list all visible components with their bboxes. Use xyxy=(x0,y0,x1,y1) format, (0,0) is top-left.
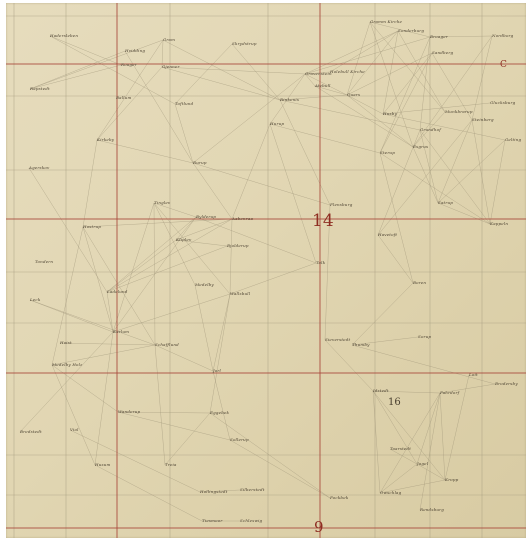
place-label: Hollingstedt xyxy=(200,489,227,494)
place-label: Loit xyxy=(469,372,478,377)
place-label: Ladelund xyxy=(107,289,128,294)
sheet-number-center: 14 xyxy=(312,211,334,231)
place-label: Gramm Kirche xyxy=(370,19,402,24)
place-label: Owschlag xyxy=(380,490,401,495)
place-label: Satrup xyxy=(438,200,453,205)
place-label: Bjolderup xyxy=(227,243,249,248)
place-label: Sonderburg xyxy=(398,28,424,33)
place-label: Tinglev xyxy=(154,200,170,205)
place-label: Rurup xyxy=(193,160,207,165)
place-label: Schafflund xyxy=(155,342,179,347)
place-label: Schleswig xyxy=(240,518,262,523)
place-label: Kappeln xyxy=(490,221,508,226)
place-label: Gelting xyxy=(505,137,521,142)
place-label: Gjenner xyxy=(162,64,180,69)
place-label: Silberstedt xyxy=(240,487,265,492)
place-label: Rapstedt xyxy=(30,86,50,91)
place-label: Wallsbull xyxy=(230,291,250,296)
place-label: Karlum xyxy=(113,329,129,334)
place-label: Hoist xyxy=(60,340,72,345)
place-label: Bredstedt xyxy=(20,429,42,434)
sheet-number-bottom: 9 xyxy=(314,518,324,536)
place-label: Medelby xyxy=(195,282,214,287)
place-label: Sterup xyxy=(380,150,395,155)
place-label: Bylderup xyxy=(196,214,216,219)
place-label: Nordborg xyxy=(492,33,513,38)
place-label: Esgrus xyxy=(413,144,428,149)
place-label: Atzbull xyxy=(315,83,331,88)
place-label: Havetoft xyxy=(378,232,397,237)
place-label: Munkbrarup xyxy=(445,109,473,114)
place-label: Hvidding xyxy=(125,48,145,53)
place-label: Gravenstein xyxy=(305,71,332,76)
place-label: Tondern xyxy=(35,259,53,264)
place-label: Hurup xyxy=(270,121,284,126)
place-label: Wanderup xyxy=(118,409,140,414)
place-label: Rinkenis xyxy=(280,97,299,102)
place-label: Hostrup xyxy=(83,224,101,229)
place-label: Sollerup xyxy=(230,437,249,442)
place-label: Agerskov xyxy=(29,165,49,170)
place-label: Husby xyxy=(383,111,397,116)
place-label: Roager xyxy=(121,62,137,67)
place-label: Sorup xyxy=(418,334,431,339)
place-label: Holebull Kirche xyxy=(330,69,365,74)
place-label: Medelby Holz xyxy=(52,362,82,367)
place-label: Toftlund xyxy=(175,101,193,106)
place-label: Idstedt xyxy=(373,388,389,393)
place-label: Husum xyxy=(95,462,111,467)
sheet-number-lower-right: 16 xyxy=(388,397,401,408)
place-label: Kirkeby xyxy=(97,137,114,142)
triangulation-network xyxy=(6,3,526,538)
place-label: Thumby xyxy=(352,342,370,347)
place-label: Leck xyxy=(30,297,41,302)
sheet-number-top-right: C xyxy=(500,60,507,70)
place-label: Broager xyxy=(430,34,448,39)
place-label: Taarstedt xyxy=(390,446,411,451)
place-label: Rendsburg xyxy=(420,507,444,512)
place-label: Kropp xyxy=(445,477,458,482)
place-label: Quars xyxy=(347,92,360,97)
place-label: Grundhof xyxy=(420,127,441,132)
place-label: Sieverstedt xyxy=(325,337,350,342)
place-label: Boren xyxy=(413,280,426,285)
place-label: Tiesmoor xyxy=(202,518,223,523)
place-label: Flensburg xyxy=(330,202,352,207)
place-label: Eggebek xyxy=(210,410,229,415)
place-label: Treia xyxy=(165,462,177,467)
place-label: Viol xyxy=(70,427,79,432)
place-label: Brodersby xyxy=(495,381,518,386)
place-label: Jagel xyxy=(417,461,428,466)
place-label: Gram xyxy=(163,37,175,42)
place-label: Jorl xyxy=(213,368,221,373)
place-label: Tolk xyxy=(316,260,325,265)
place-label: Kliplev xyxy=(176,237,191,242)
place-label: Sandberg xyxy=(432,50,453,55)
map-sheet: HaderslebenHviddingGramSkrydstrupRoagerG… xyxy=(6,3,526,538)
place-label: Aabenraa xyxy=(232,216,253,221)
place-label: Steinberg xyxy=(472,117,494,122)
place-label: Glucksburg xyxy=(490,100,515,105)
place-label: Fockbek xyxy=(330,495,348,500)
place-label: Skrydstrup xyxy=(232,41,257,46)
place-label: Ballum xyxy=(116,95,131,100)
place-label: Fahrdorf xyxy=(440,390,459,395)
place-label: Hadersleben xyxy=(50,33,78,38)
